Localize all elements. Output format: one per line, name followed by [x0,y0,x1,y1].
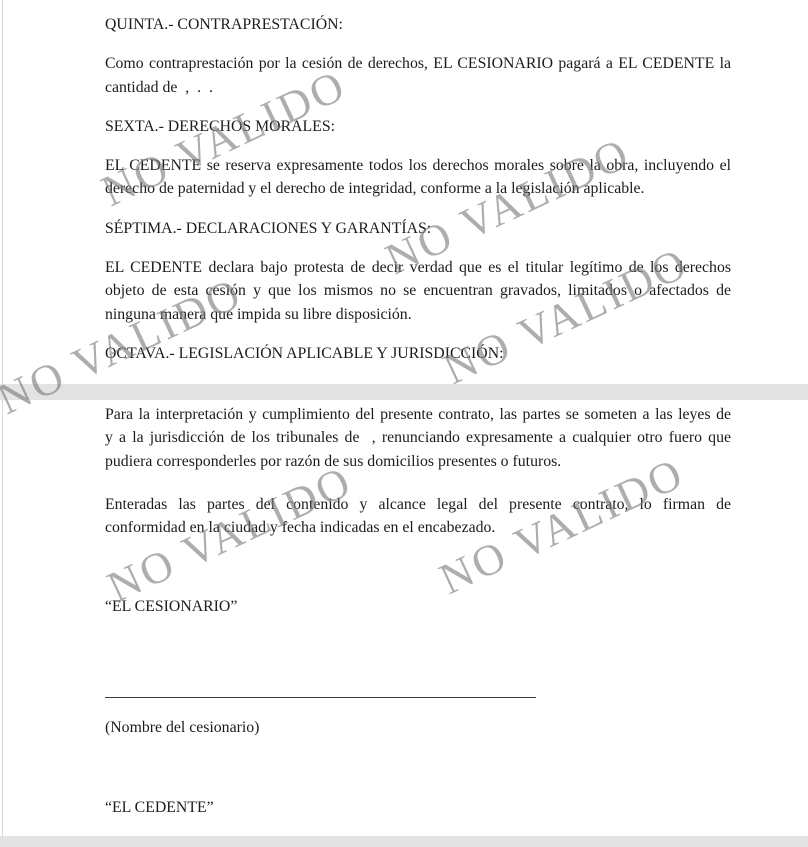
page-gap [0,384,808,400]
label-cedente: “EL CEDENTE” [105,796,731,819]
paragraph-firma: Enteradas las partes del contenido y alc… [105,493,731,540]
contract-page-2: Para la interpretación y cumplimiento de… [3,400,808,836]
paragraph-line: y a la jurisdicción de los tribunales de… [105,426,731,449]
paragraph-line: derecho de paternidad y el derecho de in… [105,177,731,200]
paragraph-line: Como contraprestación por la cesión de d… [105,52,731,75]
contract-page-1: QUINTA.- CONTRAPRESTACIÓN: Como contrapr… [3,0,808,384]
paragraph-line: EL CEDENTE se reserva expresamente todos… [105,154,731,177]
paragraph-jurisdiccion: Para la interpretación y cumplimiento de… [105,403,731,473]
paragraph-line: cantidad de , . . [105,76,731,99]
paragraph-line: Enteradas las partes del contenido y alc… [105,493,731,516]
paragraph-line: conformidad en la ciudad y fecha indicad… [105,516,731,539]
paragraph-derechos-morales: EL CEDENTE se reserva expresamente todos… [105,154,731,201]
paragraph-contraprestacion: Como contraprestación por la cesión de d… [105,52,731,99]
paragraph-line: objeto de esta cesión y que los mismos n… [105,279,731,302]
clause-heading-quinta: QUINTA.- CONTRAPRESTACIÓN: [105,13,731,36]
clause-heading-septima: SÉPTIMA.- DECLARACIONES Y GARANTÍAS: [105,217,731,240]
paragraph-declaraciones: EL CEDENTE declara bajo protesta de deci… [105,256,731,326]
label-cesionario: “EL CESIONARIO” [105,595,731,618]
paragraph-line: pudiera corresponderles por razón de sus… [105,450,731,473]
clause-heading-sexta: SEXTA.- DERECHOS MORALES: [105,115,731,138]
document-viewer: QUINTA.- CONTRAPRESTACIÓN: Como contrapr… [0,0,808,847]
paragraph-line: EL CEDENTE declara bajo protesta de deci… [105,256,731,279]
signature-line [105,697,536,698]
paragraph-line: Para la interpretación y cumplimiento de… [105,403,731,426]
paragraph-line: ninguna manera que impida su libre dispo… [105,303,731,326]
clause-heading-octava: OCTAVA.- LEGISLACIÓN APLICABLE Y JURISDI… [105,342,731,365]
label-nombre-cesionario: (Nombre del cesionario) [105,716,731,739]
page-gap-bottom [0,836,808,847]
